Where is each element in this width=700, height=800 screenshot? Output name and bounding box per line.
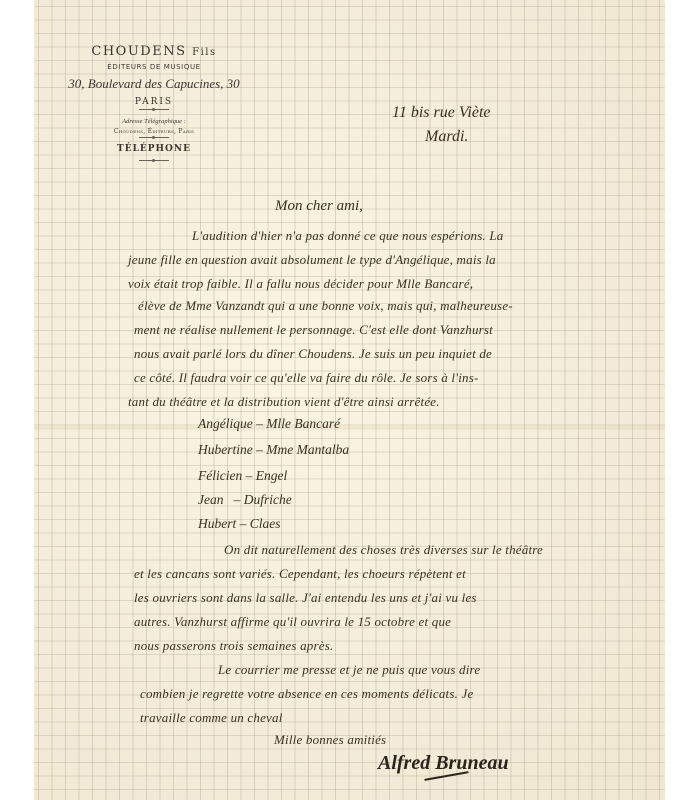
salutation: Mon cher ami, — [275, 198, 363, 215]
body-line: et les cancans sont variés. Cependant, l… — [134, 566, 466, 582]
cast-role: Hubertine — [198, 442, 253, 457]
body-line: Le courrier me presse et je ne puis que … — [218, 662, 480, 678]
cast-entry: Félicien – Engel — [198, 468, 287, 484]
cast-entry: Hubert – Claes — [198, 516, 281, 532]
body-line: ment ne réalise nullement le personnage.… — [134, 322, 493, 338]
body-line: élève de Mme Vanzandt qui a une bonne vo… — [138, 298, 513, 314]
company-city: PARIS — [44, 97, 264, 107]
telegraph-label: Adresse Télégraphique : — [44, 118, 264, 125]
ornament-divider — [139, 160, 169, 161]
ornament-divider — [139, 137, 169, 138]
cast-role: Hubert — [198, 516, 236, 531]
body-line: nous passerons trois semaines après. — [134, 638, 333, 654]
company-name: CHOUDENS Fils — [44, 44, 264, 59]
body-line: les ouvriers sont dans la salle. J'ai en… — [134, 590, 477, 606]
paper-fold — [34, 425, 665, 431]
body-line: nous avait parlé lors du dîner Choudens.… — [134, 346, 492, 362]
body-line: combien je regrette votre absence en ces… — [140, 686, 473, 702]
cast-singer: Mme Mantalba — [266, 442, 349, 457]
company-subtitle: ÉDITEURS DE MUSIQUE — [44, 63, 264, 71]
cast-singer: Claes — [250, 516, 281, 531]
body-line: travaille comme un cheval — [140, 710, 283, 726]
body-line: On dit naturellement des choses très div… — [224, 542, 543, 558]
company-main: CHOUDENS — [91, 44, 186, 59]
cast-entry: Jean – Dufriche — [198, 492, 292, 508]
company-address: 30, Boulevard des Capucines, 30 — [44, 76, 264, 92]
letterhead: CHOUDENS Fils ÉDITEURS DE MUSIQUE 30, Bo… — [44, 44, 264, 169]
telegraph-address: Choudens, Éditeurs, Paris — [44, 128, 264, 135]
telephone-label: TÉLÉPHONE — [44, 144, 264, 154]
body-line: voix était trop faible. Il a fallu nous … — [128, 276, 473, 292]
cast-role: Angélique — [198, 416, 253, 431]
ornament-divider — [139, 109, 169, 110]
letter-day: Mardi. — [425, 128, 468, 146]
body-line: tant du théâtre et la distribution vient… — [128, 394, 440, 410]
signature: Alfred Bruneau — [378, 752, 509, 775]
body-line: ce côté. Il faudra voir ce qu'elle va fa… — [134, 370, 479, 386]
cast-entry: Angélique – Mlle Bancaré — [198, 416, 340, 432]
cast-role: Jean — [198, 492, 223, 507]
cast-entry: Hubertine – Mme Mantalba — [198, 442, 349, 458]
body-line: autres. Vanzhurst affirme qu'il ouvrira … — [134, 614, 451, 630]
cast-role: Félicien — [198, 468, 242, 483]
sender-address: 11 bis rue Viète — [392, 104, 491, 122]
company-suffix: Fils — [192, 47, 216, 58]
cast-singer: Engel — [256, 468, 288, 483]
body-line: L'audition d'hier n'a pas donné ce que n… — [192, 228, 504, 244]
closing: Mille bonnes amitiés — [274, 732, 386, 748]
cast-singer: Mlle Bancaré — [266, 416, 340, 431]
body-line: jeune fille en question avait absolument… — [128, 252, 496, 268]
cast-singer: Dufriche — [244, 492, 292, 507]
